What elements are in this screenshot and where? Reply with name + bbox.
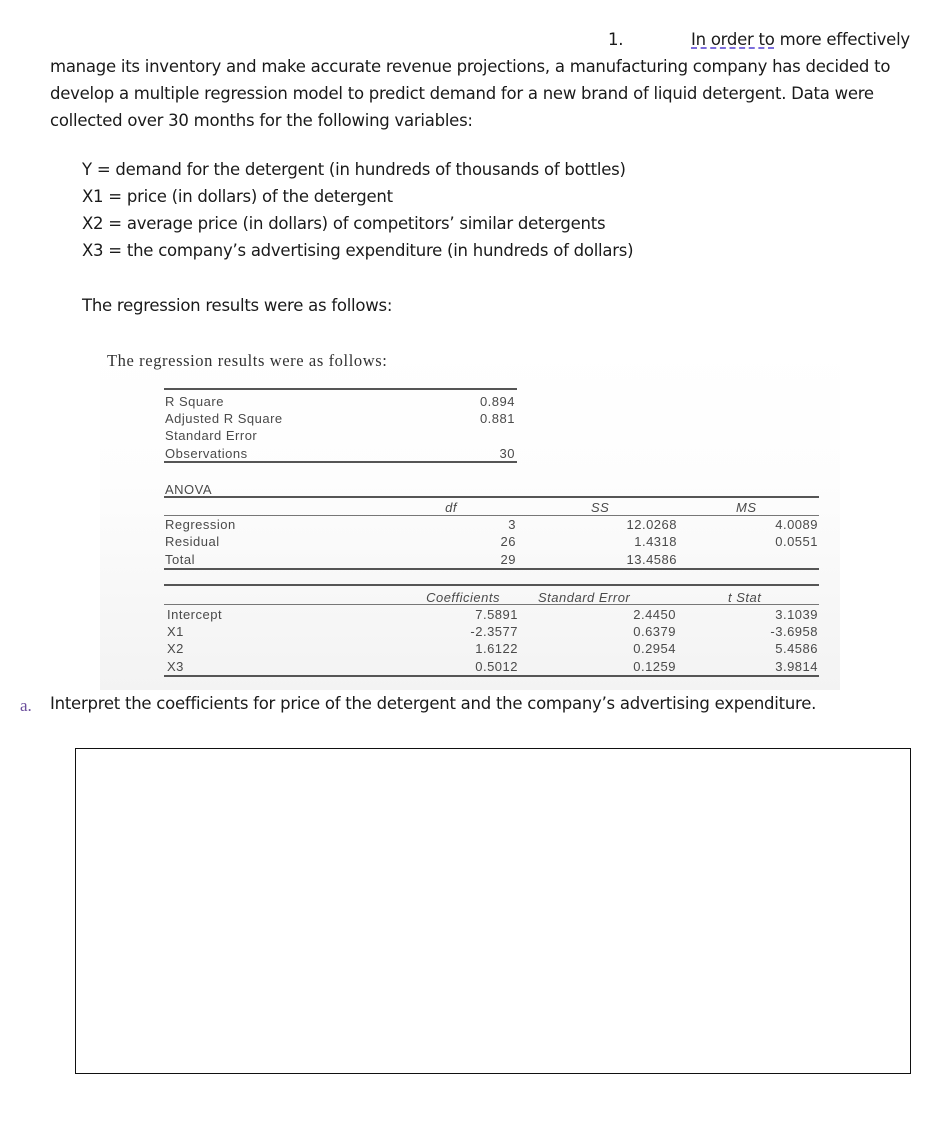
coef-se: 0.6379 [580,623,676,640]
coef-value: -2.3577 [420,623,518,640]
coef-row-label: X3 [167,658,184,675]
variable-definitions: Y = demand for the detergent (in hundred… [82,156,633,264]
coef-value: 1.6122 [420,640,518,657]
question-body-line: develop a multiple regression model to p… [50,80,930,107]
results-lead: The regression results were as follows: [82,292,392,319]
coef-row-label: Intercept [167,606,222,623]
answer-text-box[interactable] [75,748,911,1074]
variable-x3: X3 = the company’s advertising expenditu… [82,237,633,264]
coef-tstat: -3.6958 [720,623,818,640]
question-lead-rest: more effectively [775,30,910,49]
coef-se: 2.4450 [580,606,676,623]
coef-row-label: X2 [167,640,184,657]
grammar-flagged-phrase: In order to [691,30,775,49]
variable-y: Y = demand for the detergent (in hundred… [82,156,633,183]
question-body-line: collected over 30 months for the followi… [50,107,930,134]
question-lead: In order to more effectively [691,26,910,53]
variable-x1: X1 = price (in dollars) of the detergent [82,183,633,210]
coef-value: 0.5012 [420,658,518,675]
question-number: 1. [608,26,623,53]
coef-tstat: 3.1039 [720,606,818,623]
coefficients-table: Coefficients Standard Error t Stat Inter… [100,345,840,690]
coef-row-label: X1 [167,623,184,640]
part-a-prompt: Interpret the coefficients for price of … [50,694,816,713]
coef-se: 0.1259 [580,658,676,675]
question-body: manage its inventory and make accurate r… [50,53,930,134]
coef-tstat: 3.9814 [720,658,818,675]
coef-value: 7.5891 [420,606,518,623]
coef-tstat: 5.4586 [720,640,818,657]
regression-output-scan: The regression results were as follows: … [100,345,840,690]
variable-x2: X2 = average price (in dollars) of compe… [82,210,633,237]
part-a-letter: a. [20,696,32,716]
question-body-line: manage its inventory and make accurate r… [50,53,930,80]
coef-se: 0.2954 [580,640,676,657]
